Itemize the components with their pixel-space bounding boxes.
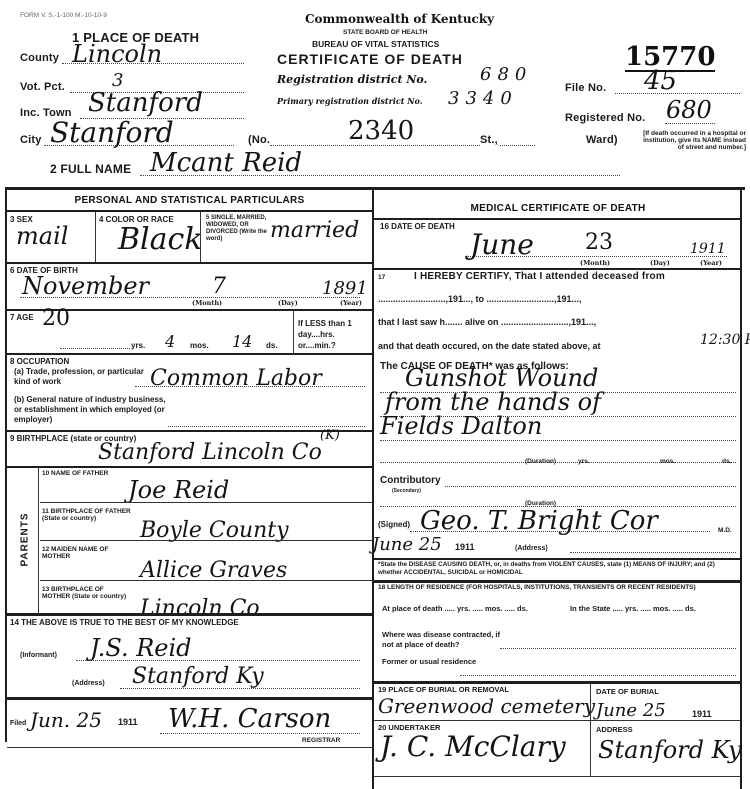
father-birthplace-label: 11 BIRTHPLACE OF FATHER (State or countr… — [42, 508, 132, 522]
father-name-value: Joe Reid — [128, 476, 229, 504]
residence-label: 18 LENGTH OF RESIDENCE (FOR HOSPITALS, I… — [378, 584, 738, 592]
dod-month-caption: (Month) — [580, 260, 610, 267]
center-divider — [372, 190, 374, 789]
col-divider — [95, 212, 96, 262]
certify-number: 17 — [378, 274, 385, 281]
dob-month: November — [22, 272, 149, 300]
registered-no-value: 680 — [666, 96, 712, 124]
county-label: County — [20, 52, 59, 64]
death-time-value: 12:30 P — [700, 332, 750, 348]
occupation-a-label: (a) Trade, profession, or particular kin… — [14, 367, 149, 387]
footnote: *State the DISEASE CAUSING DEATH, or, in… — [378, 561, 738, 577]
dob-year: 1891 — [322, 278, 368, 299]
occupation-b-line — [168, 426, 365, 427]
mother-birthplace-label: 13 BIRTHPLACE OF MOTHER (State or countr… — [42, 586, 132, 600]
row-divider — [374, 268, 740, 270]
certify-line-3: that I last saw h....... alive on ......… — [378, 318, 596, 327]
filed-year: 1911 — [118, 718, 138, 727]
age-line — [60, 348, 130, 349]
row-divider — [374, 720, 740, 721]
registrar-label: REGISTRAR — [302, 737, 340, 744]
row-divider — [374, 218, 740, 220]
undertaker-address-label: ADDRESS — [596, 726, 633, 733]
dod-day-caption: (Day) — [650, 260, 670, 267]
row-divider — [7, 430, 372, 432]
age-months-value: 4 — [165, 332, 175, 351]
file-no-value: 45 — [644, 66, 677, 96]
cause-line — [380, 462, 736, 463]
primary-district-label: Primary registration district No. — [277, 96, 423, 106]
age-years-value: 20 — [42, 306, 70, 331]
row-divider — [7, 262, 372, 264]
row-divider — [7, 353, 372, 355]
mother-name-label: 12 MAIDEN NAME OF MOTHER — [42, 546, 132, 560]
row-divider — [7, 466, 372, 468]
sex-value: mail — [16, 222, 68, 250]
occupation-b-label: (b) General nature of industry business,… — [14, 395, 174, 425]
month-caption: (Month) — [192, 300, 222, 307]
certify-line-2: ...........................,191..., to .… — [378, 295, 582, 304]
row-divider — [40, 540, 372, 541]
st-label: St., — [480, 134, 498, 146]
primary-district-value: 3340 — [448, 88, 518, 109]
parents-label: PARENTS — [21, 512, 30, 566]
less-than-label: If LESS than 1 day....hrs. or....min.? — [298, 318, 370, 351]
row-divider — [40, 580, 372, 581]
day-caption: (Day) — [278, 300, 298, 307]
hospital-note: [If death occurred in a hospital or inst… — [640, 130, 746, 151]
md-label: M.D. — [718, 527, 732, 534]
row-divider — [7, 613, 372, 616]
contributory-line — [445, 486, 736, 487]
row-divider — [7, 210, 372, 212]
col-divider — [293, 311, 294, 353]
contributory-label: Contributory — [380, 476, 441, 485]
certificate-title: CERTIFICATE OF DEATH — [277, 51, 463, 67]
age-days-value: 14 — [232, 332, 252, 351]
marital-value: married — [270, 218, 359, 243]
undertaker-value: J. C. McClary — [380, 730, 566, 763]
signed-line — [410, 531, 710, 532]
informant-label: (Informant) — [20, 652, 57, 659]
bottom-line — [7, 747, 372, 748]
birthplace-note: (K) — [320, 428, 340, 443]
mos-label: mos. — [190, 341, 209, 350]
informant-value: J.S. Reid — [90, 634, 192, 662]
personal-section-title: PERSONAL AND STATISTICAL PARTICULARS — [7, 195, 372, 206]
undertaker-address-value: Stanford Ky — [598, 736, 742, 764]
city-label: City — [20, 134, 42, 146]
ward-label: Ward) — [586, 134, 618, 146]
informant-address-value: Stanford Ky — [132, 664, 264, 689]
duration-yrs: yrs. — [578, 458, 590, 465]
informant-address-label: (Address) — [72, 680, 105, 687]
contracted-label: Where was disease contracted, if not at … — [382, 630, 502, 650]
burial-date-label: DATE OF BURIAL — [596, 688, 659, 695]
street-no-label: (No. — [248, 134, 270, 146]
signed-label: (Signed) — [378, 520, 410, 529]
commonwealth-title: Commonwealth of Kentucky — [305, 12, 494, 26]
signed-address-line — [570, 552, 736, 553]
birthplace-value: Stanford Lincoln Co — [98, 440, 322, 465]
county-value: Lincoln — [72, 40, 162, 68]
signed-date: June 25 — [372, 534, 442, 555]
true-statement: 14 THE ABOVE IS TRUE TO THE BEST OF MY K… — [10, 618, 239, 627]
father-name-label: 10 NAME OF FATHER — [42, 470, 112, 477]
in-state-label: In the State ..... yrs. ..... mos. .....… — [570, 604, 740, 614]
registrar-line — [160, 733, 360, 734]
certify-line-4: and that death occured, on the date stat… — [378, 342, 601, 351]
inc-town-value: Stanford — [88, 88, 203, 118]
city-value: Stanford — [50, 116, 174, 149]
former-residence-label: Former or usual residence — [382, 657, 482, 667]
dod-year: 1911 — [690, 241, 726, 257]
burial-label: 19 PLACE OF BURIAL OR REMOVAL — [378, 686, 509, 693]
duration-mos: mos. — [660, 458, 675, 465]
row-divider — [374, 558, 740, 560]
vot-pct-label: Vot. Pct. — [20, 81, 65, 93]
marital-label: 5 SINGLE, MARRIED, WIDOWED, OR DIVORCED … — [206, 215, 268, 243]
street-no-value: 2340 — [348, 116, 414, 146]
registrar-value: W.H. Carson — [168, 704, 331, 734]
signed-year: 1911 — [455, 543, 475, 552]
burial-divider — [590, 684, 591, 776]
cause-line — [380, 440, 736, 441]
registered-no-label: Registered No. — [565, 112, 645, 124]
file-no-line — [615, 93, 740, 94]
row-divider — [374, 681, 740, 684]
ds-label: ds. — [266, 341, 278, 350]
signed-address-label: (Address) — [515, 545, 548, 552]
file-no-label: File No. — [565, 82, 606, 94]
duration-label: (Duration) — [525, 458, 556, 465]
row-divider — [374, 580, 740, 583]
parents-divider — [38, 468, 39, 613]
secondary-label: (Secondary) — [392, 488, 421, 495]
row-divider — [40, 502, 372, 503]
medical-section-title: MEDICAL CERTIFICATE OF DEATH — [376, 203, 740, 214]
former-residence-line — [460, 675, 736, 676]
reg-district-label: Registration district No. — [277, 73, 427, 86]
burial-date-value: June 25 — [596, 700, 666, 721]
occupation-a-value: Common Labor — [150, 366, 322, 391]
yrs-label: yrs. — [131, 341, 145, 350]
full-name-label: 2 FULL NAME — [50, 162, 131, 176]
occupation-label: 8 OCCUPATION — [10, 357, 69, 366]
board-label: STATE BOARD OF HEALTH — [343, 29, 428, 36]
dod-year-caption: (Year) — [700, 260, 722, 267]
header-divider — [5, 187, 745, 190]
dod-label: 16 DATE OF DEATH — [380, 222, 455, 231]
certify-text: I HEREBY CERTIFY, That I attended deceas… — [414, 271, 665, 282]
dob-day: 7 — [212, 274, 226, 299]
bottom-line — [374, 776, 740, 777]
dod-month: June — [470, 228, 534, 261]
reg-district-value: 680 — [480, 64, 532, 85]
ward-line — [500, 145, 535, 146]
filed-label: Filed — [10, 720, 26, 727]
dod-day: 23 — [585, 230, 613, 255]
right-border — [740, 190, 742, 789]
filed-date: Jun. 25 — [30, 708, 102, 732]
race-value: Black — [118, 222, 203, 257]
burial-year: 1911 — [692, 710, 712, 719]
contracted-line — [500, 648, 736, 649]
burial-value: Greenwood cemetery — [378, 694, 595, 718]
row-divider — [7, 697, 372, 700]
left-border — [5, 187, 7, 742]
cause-line-3: Fields Dalton — [380, 412, 542, 440]
full-name-value: Mcant Reid — [150, 148, 302, 178]
duration-ds: ds. — [722, 458, 731, 465]
year-caption: (Year) — [340, 300, 362, 307]
form-code: FORM V. S.-1-100 M.-10-10-9 — [20, 12, 107, 19]
age-label: 7 AGE — [10, 313, 34, 322]
at-place-label: At place of death ..... yrs. ..... mos. … — [382, 604, 552, 614]
bureau-label: BUREAU OF VITAL STATISTICS — [312, 40, 439, 49]
